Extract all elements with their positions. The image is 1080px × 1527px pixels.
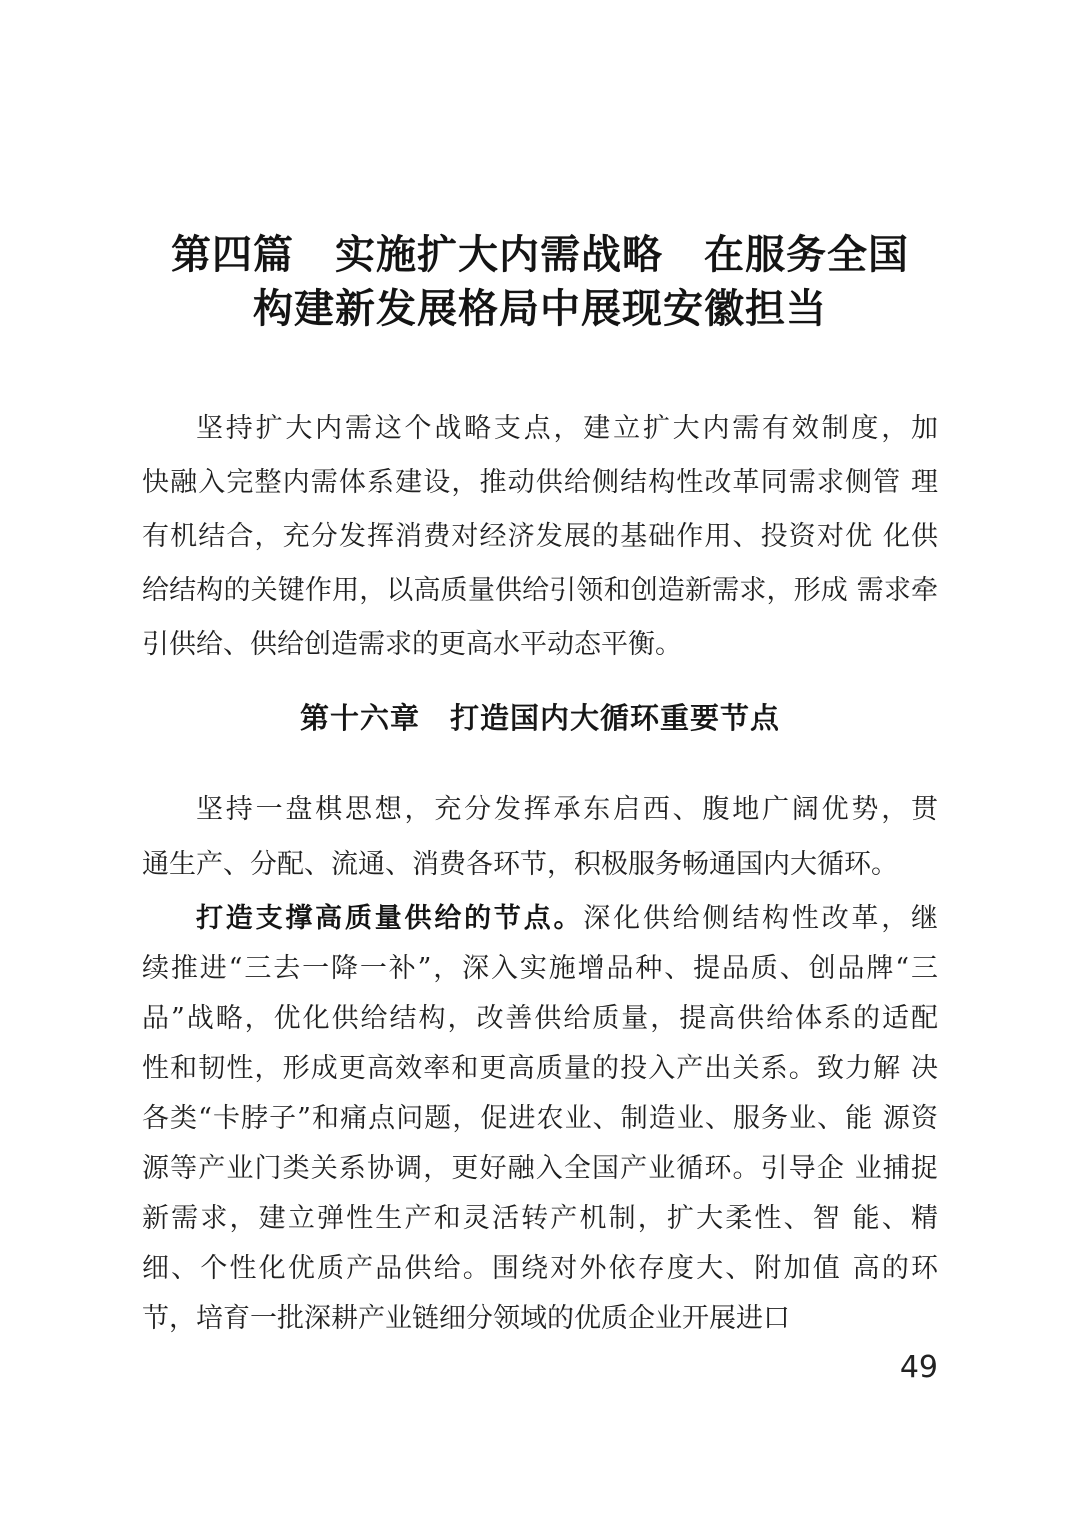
part-title: 第四篇 实施扩大内需战略 在服务全国 构建新发展格局中展现安徽担当 — [142, 228, 938, 336]
intro-paragraph: 坚持扩大内需这个战略支点，建立扩大内需有效制度，加 快融入完整内需体系建设，推动… — [142, 402, 938, 672]
body-line: 品”战略，优化供给结构，改善供给质量，提高供给体系的适配 — [142, 994, 938, 1044]
intro-line: 快融入完整内需体系建设，推动供给侧结构性改革同需求侧管 理 — [142, 456, 938, 510]
body-line: 新需求，建立弹性生产和灵活转产机制，扩大柔性、智 能、精 — [142, 1194, 938, 1244]
chapter-heading: 第十六章 打造国内大循环重要节点 — [142, 698, 938, 738]
lead-line-rest: 深化供给侧结构性改革，继 — [583, 903, 938, 934]
body-line: 坚持一盘棋思想，充分发挥承东启西、腹地广阔优势，贯 — [142, 782, 938, 837]
intro-line: 坚持扩大内需这个战略支点，建立扩大内需有效制度，加 — [142, 402, 938, 456]
document-page: 第四篇 实施扩大内需战略 在服务全国 构建新发展格局中展现安徽担当 坚持扩大内需… — [0, 0, 1080, 1527]
body-line: 节，培育一批深耕产业链细分领域的优质企业开展进口 — [142, 1294, 938, 1344]
body-line: 通生产、分配、流通、消费各环节，积极服务畅通国内大循环。 — [142, 837, 938, 892]
part-title-line2: 构建新发展格局中展现安徽担当 — [253, 285, 827, 332]
intro-line: 给结构的关键作用，以高质量供给引领和创造新需求，形成 需求牵 — [142, 564, 938, 618]
intro-line: 有机结合，充分发挥消费对经济发展的基础作用、投资对优 化供 — [142, 510, 938, 564]
chapter-paragraph-1: 坚持一盘棋思想，充分发挥承东启西、腹地广阔优势，贯 通生产、分配、流通、消费各环… — [142, 782, 938, 892]
body-line: 性和韧性，形成更高效率和更高质量的投入产出关系。致力解 决 — [142, 1044, 938, 1094]
page-content: 第四篇 实施扩大内需战略 在服务全国 构建新发展格局中展现安徽担当 坚持扩大内需… — [142, 0, 938, 1344]
chapter-paragraph-2: 打造支撑高质量供给的节点。深化供给侧结构性改革，继 续推进“三去一降一补”，深入… — [142, 894, 938, 1344]
intro-line: 引供给、供给创造需求的更高水平动态平衡。 — [142, 618, 938, 672]
body-line: 续推进“三去一降一补”，深入实施增品种、提品质、创品牌“三 — [142, 944, 938, 994]
body-line-with-lead: 打造支撑高质量供给的节点。深化供给侧结构性改革，继 — [142, 894, 938, 944]
part-title-line1: 第四篇 实施扩大内需战略 在服务全国 — [171, 231, 909, 278]
page-number: 49 — [900, 1348, 938, 1388]
body-line: 细、个性化优质产品供给。围绕对外依存度大、附加值 高的环 — [142, 1244, 938, 1294]
body-line: 源等产业门类关系协调，更好融入全国产业循环。引导企 业捕捉 — [142, 1144, 938, 1194]
bold-lead-phrase: 打造支撑高质量供给的节点。 — [196, 903, 583, 934]
body-line: 各类“卡脖子”和痛点问题，促进农业、制造业、服务业、能 源资 — [142, 1094, 938, 1144]
